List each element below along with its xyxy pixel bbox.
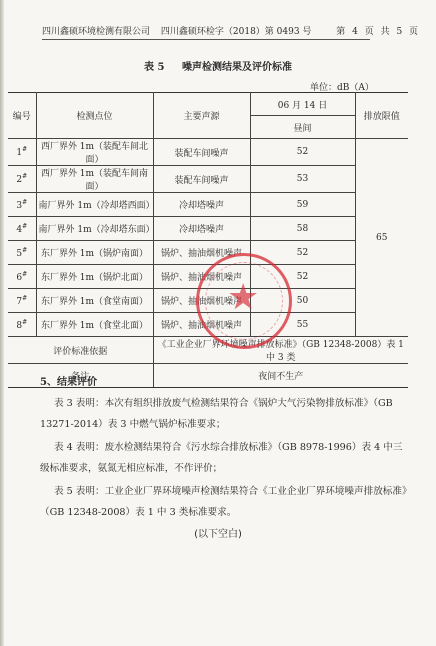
row-point: 西厂界外 1m（装配车间南面） [36,166,153,193]
blank-below-note: (以下空白) [0,525,436,540]
table-title: 表 5 噪声检测结果及评价标准 [0,58,436,73]
row-source: 锅炉、抽油烟机噪声 [153,289,250,313]
evaluation-paragraph: 表 3 表明：本次有组织排放废气检测结果符合《锅炉大气污染物排放标准》（GB 1… [40,393,412,435]
row-no: 4# [8,217,36,241]
row-no: 3# [8,193,36,217]
evaluation-paragraph: 表 5 表明：工业企业厂界环境噪声检测结果符合《工业企业厂界环境噪声排放标准》（… [40,481,412,523]
page-header: 四川鑫硕环境检测有限公司 四川鑫硕环检字（2018）第 0493 号 第 4 页… [42,24,370,40]
company-name: 四川鑫硕环境检测有限公司 [42,24,150,37]
header-limit: 排放限值 [355,93,408,139]
row-no: 7# [8,289,36,313]
row-point: 西厂界外 1m（装配车间北面） [36,139,153,166]
row-value: 53 [250,166,355,193]
row-source: 锅炉、抽油烟机噪声 [153,313,250,337]
section-heading: 5、结果评价 [40,373,97,388]
page-edge-shadow [0,0,4,646]
row-value: 59 [250,193,355,217]
header-date: 06 月 14 日 [250,93,355,116]
row-value: 52 [250,241,355,265]
row-source: 冷却塔噪声 [153,217,250,241]
report-number: 四川鑫硕环检字（2018）第 0493 号 [161,24,312,37]
row-source: 冷却塔噪声 [153,193,250,217]
row-source: 锅炉、抽油烟机噪声 [153,241,250,265]
row-value: 52 [250,265,355,289]
row-value: 55 [250,313,355,337]
row-source: 锅炉、抽油烟机噪声 [153,265,250,289]
table-row: 7# 东厂界外 1m（食堂南面） 锅炉、抽油烟机噪声 50 [8,289,408,313]
table-row: 1# 西厂界外 1m（装配车间北面） 装配车间噪声 52 65 [8,139,408,166]
table-row: 3# 南厂界外 1m（冷却塔西面） 冷却塔噪声 59 [8,193,408,217]
table-row: 2# 西厂界外 1m（装配车间南面） 装配车间噪声 53 [8,166,408,193]
row-no: 5# [8,241,36,265]
row-no: 8# [8,313,36,337]
row-point: 东厂界外 1m（食堂南面） [36,289,153,313]
remark-value: 夜间不生产 [153,364,408,388]
table-row: 6# 东厂界外 1m（锅炉北面） 锅炉、抽油烟机噪声 52 [8,265,408,289]
evaluation-paragraph: 表 4 表明：废水检测结果符合《污水综合排放标准》（GB 8978-1996）表… [40,437,412,479]
standard-value: 《工业企业厂界环境噪声排放标准》（GB 12348-2008）表 1 中 3 类 [153,337,408,364]
page-info: 第 4 页 共 5 页 [336,24,420,37]
standard-label: 评价标准依据 [8,337,153,364]
row-value: 58 [250,217,355,241]
table-title-text: 噪声检测结果及评价标准 [182,62,292,73]
row-point: 东厂界外 1m（锅炉南面） [36,241,153,265]
header-point: 检测点位 [36,93,153,139]
header-period: 昼间 [250,116,355,139]
table-header-row: 编号 检测点位 主要声源 06 月 14 日 排放限值 [8,93,408,116]
header-source: 主要声源 [153,93,250,139]
row-source: 装配车间噪声 [153,166,250,193]
row-value: 52 [250,139,355,166]
row-source: 装配车间噪声 [153,139,250,166]
row-point: 南厂界外 1m（冷却塔西面） [36,193,153,217]
header-no: 编号 [8,93,36,139]
row-point: 南厂界外 1m（冷却塔东面） [36,217,153,241]
row-no: 1# [8,139,36,166]
limit-value: 65 [355,139,408,337]
row-point: 东厂界外 1m（食堂北面） [36,313,153,337]
row-point: 东厂界外 1m（锅炉北面） [36,265,153,289]
table-row: 4# 南厂界外 1m（冷却塔东面） 冷却塔噪声 58 [8,217,408,241]
row-value: 50 [250,289,355,313]
row-no: 6# [8,265,36,289]
standard-row: 评价标准依据 《工业企业厂界环境噪声排放标准》（GB 12348-2008）表 … [8,337,408,364]
table-row: 8# 东厂界外 1m（食堂北面） 锅炉、抽油烟机噪声 55 [8,313,408,337]
noise-results-table: 编号 检测点位 主要声源 06 月 14 日 排放限值 昼间 1# 西厂界外 1… [8,92,408,388]
table-row: 5# 东厂界外 1m（锅炉南面） 锅炉、抽油烟机噪声 52 [8,241,408,265]
row-no: 2# [8,166,36,193]
table-number: 表 5 [144,62,164,73]
